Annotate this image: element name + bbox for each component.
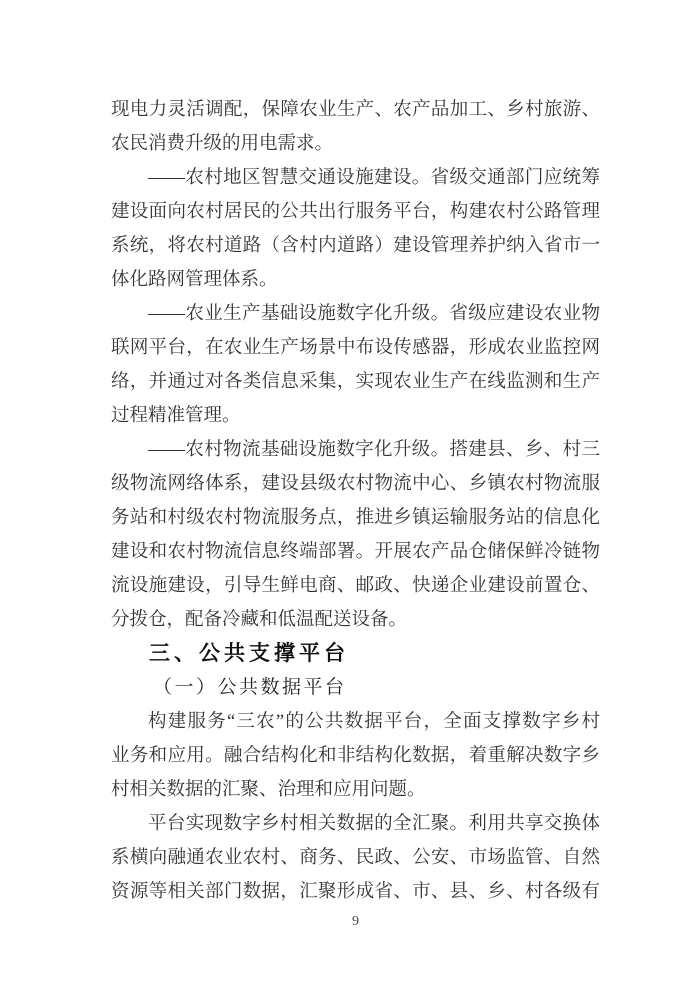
body-line: 联网平台，在农业生产场景中布设传感器，形成农业监控网	[111, 331, 600, 365]
body-line: 务站和村级农村物流服务点，推进乡镇运输服务站的信息化	[111, 501, 600, 535]
document-body: 现电力灵活调配，保障农业生产、农产品加工、乡村旅游、 农民消费升级的用电需求。 …	[111, 93, 600, 909]
body-line: 过程精准管理。	[111, 399, 600, 433]
body-line: 农民消费升级的用电需求。	[111, 127, 600, 161]
body-line: 建设面向农村居民的公共出行服务平台，构建农村公路管理	[111, 195, 600, 229]
body-line: 系横向融通农业农村、商务、民政、公安、市场监管、自然	[111, 841, 600, 875]
body-line: 流设施建设，引导生鲜电商、邮政、快递企业建设前置仓、	[111, 569, 600, 603]
paragraph-start: ——农村物流基础设施数字化升级。搭建县、乡、村三	[111, 433, 600, 467]
paragraph-start: ——农业生产基础设施数字化升级。省级应建设农业物	[111, 297, 600, 331]
body-line: 建设和农村物流信息终端部署。开展农产品仓储保鲜冷链物	[111, 535, 600, 569]
body-line: 分拨仓，配备冷藏和低温配送设备。	[111, 603, 600, 637]
document-page: 现电力灵活调配，保障农业生产、农产品加工、乡村旅游、 农民消费升级的用电需求。 …	[0, 0, 700, 990]
body-line: 资源等相关部门数据，汇聚形成省、市、县、乡、村各级有	[111, 875, 600, 909]
page-number: 9	[111, 912, 600, 932]
body-line: 村相关数据的汇聚、治理和应用问题。	[111, 773, 600, 807]
body-line: 级物流网络体系，建设县级农村物流中心、乡镇农村物流服	[111, 467, 600, 501]
subsection-heading: （一）公共数据平台	[111, 671, 600, 705]
body-line: 络，并通过对各类信息采集，实现农业生产在线监测和生产	[111, 365, 600, 399]
paragraph-start: 构建服务“三农”的公共数据平台，全面支撑数字乡村	[111, 705, 600, 739]
body-line: 系统，将农村道路（含村内道路）建设管理养护纳入省市一	[111, 229, 600, 263]
body-line: 现电力灵活调配，保障农业生产、农产品加工、乡村旅游、	[111, 93, 600, 127]
body-line: 体化路网管理体系。	[111, 263, 600, 297]
paragraph-start: ——农村地区智慧交通设施建设。省级交通部门应统筹	[111, 161, 600, 195]
body-line: 业务和应用。融合结构化和非结构化数据，着重解决数字乡	[111, 739, 600, 773]
paragraph-start: 平台实现数字乡村相关数据的全汇聚。利用共享交换体	[111, 807, 600, 841]
section-heading: 三、公共支撑平台	[111, 637, 600, 671]
